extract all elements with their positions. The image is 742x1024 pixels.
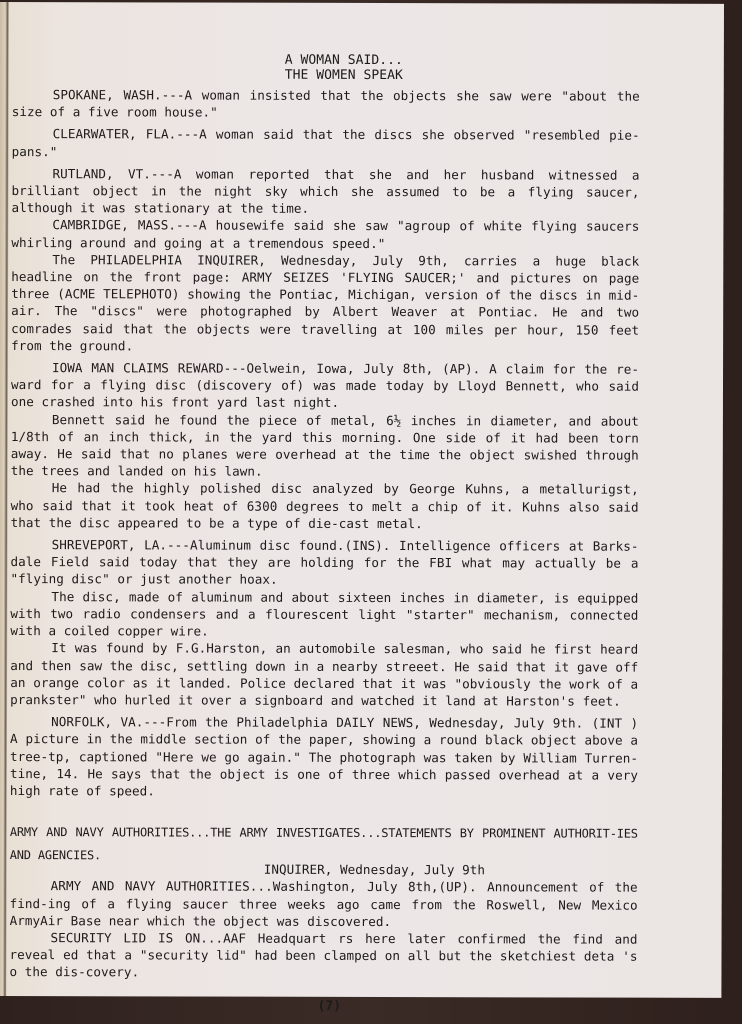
paragraph-kuhns-analysis: He had the highly polished disc analyzed… [11, 479, 639, 532]
page-number: (7) [9, 997, 637, 1016]
paragraph-army-navy: ARMY AND NAVY AUTHORITIES...Washington, … [10, 877, 638, 930]
paragraph-security-lid: SECURITY LID IS ON...AAF Headquart rs he… [9, 929, 637, 982]
paragraph-shreveport: SHREVEPORT, LA.---Aluminum disc found.(I… [10, 536, 638, 589]
title-line-2: THE WOMEN SPEAK [48, 67, 640, 84]
page-title: A WOMAN SAID... THE WOMEN SPEAK [12, 52, 640, 84]
document-page: A WOMAN SAID... THE WOMEN SPEAK SPOKANE,… [0, 2, 724, 998]
paragraph-norfolk: NORFOLK, VA.---From the Philadelphia DAI… [10, 713, 638, 801]
paragraph-cambridge: CAMBRIDGE, MASS.---A housewife said she … [11, 216, 639, 252]
title-line-1: A WOMAN SAID... [48, 52, 640, 69]
page-content: A WOMAN SAID... THE WOMEN SPEAK SPOKANE,… [9, 52, 640, 1015]
paragraph-philadelphia-inquirer: The PHILADELPHIA INQUIRER, Wednesday, Ju… [11, 251, 639, 356]
paragraph-bennett-metal: Bennett said he found the piece of metal… [11, 411, 639, 481]
paragraph-harston: It was found by F.G.Harston, an automobi… [10, 639, 638, 709]
paragraph-disc-description: The disc, made of aluminum and about six… [10, 588, 638, 641]
paragraph-clearwater: CLEARWATER, FLA.---A woman said that the… [12, 125, 640, 161]
section-dateline: INQUIRER, Wednesday, July 9th [10, 860, 638, 879]
paragraph-spokane: SPOKANE, WASH.---A woman insisted that t… [12, 86, 640, 122]
page-binding-edge [0, 2, 9, 996]
paragraph-iowa-reward: IOWA MAN CLAIMS REWARD---Oelwein, Iowa, … [11, 359, 639, 412]
paragraph-rutland: RUTLAND, VT.---A woman reported that she… [11, 165, 639, 218]
